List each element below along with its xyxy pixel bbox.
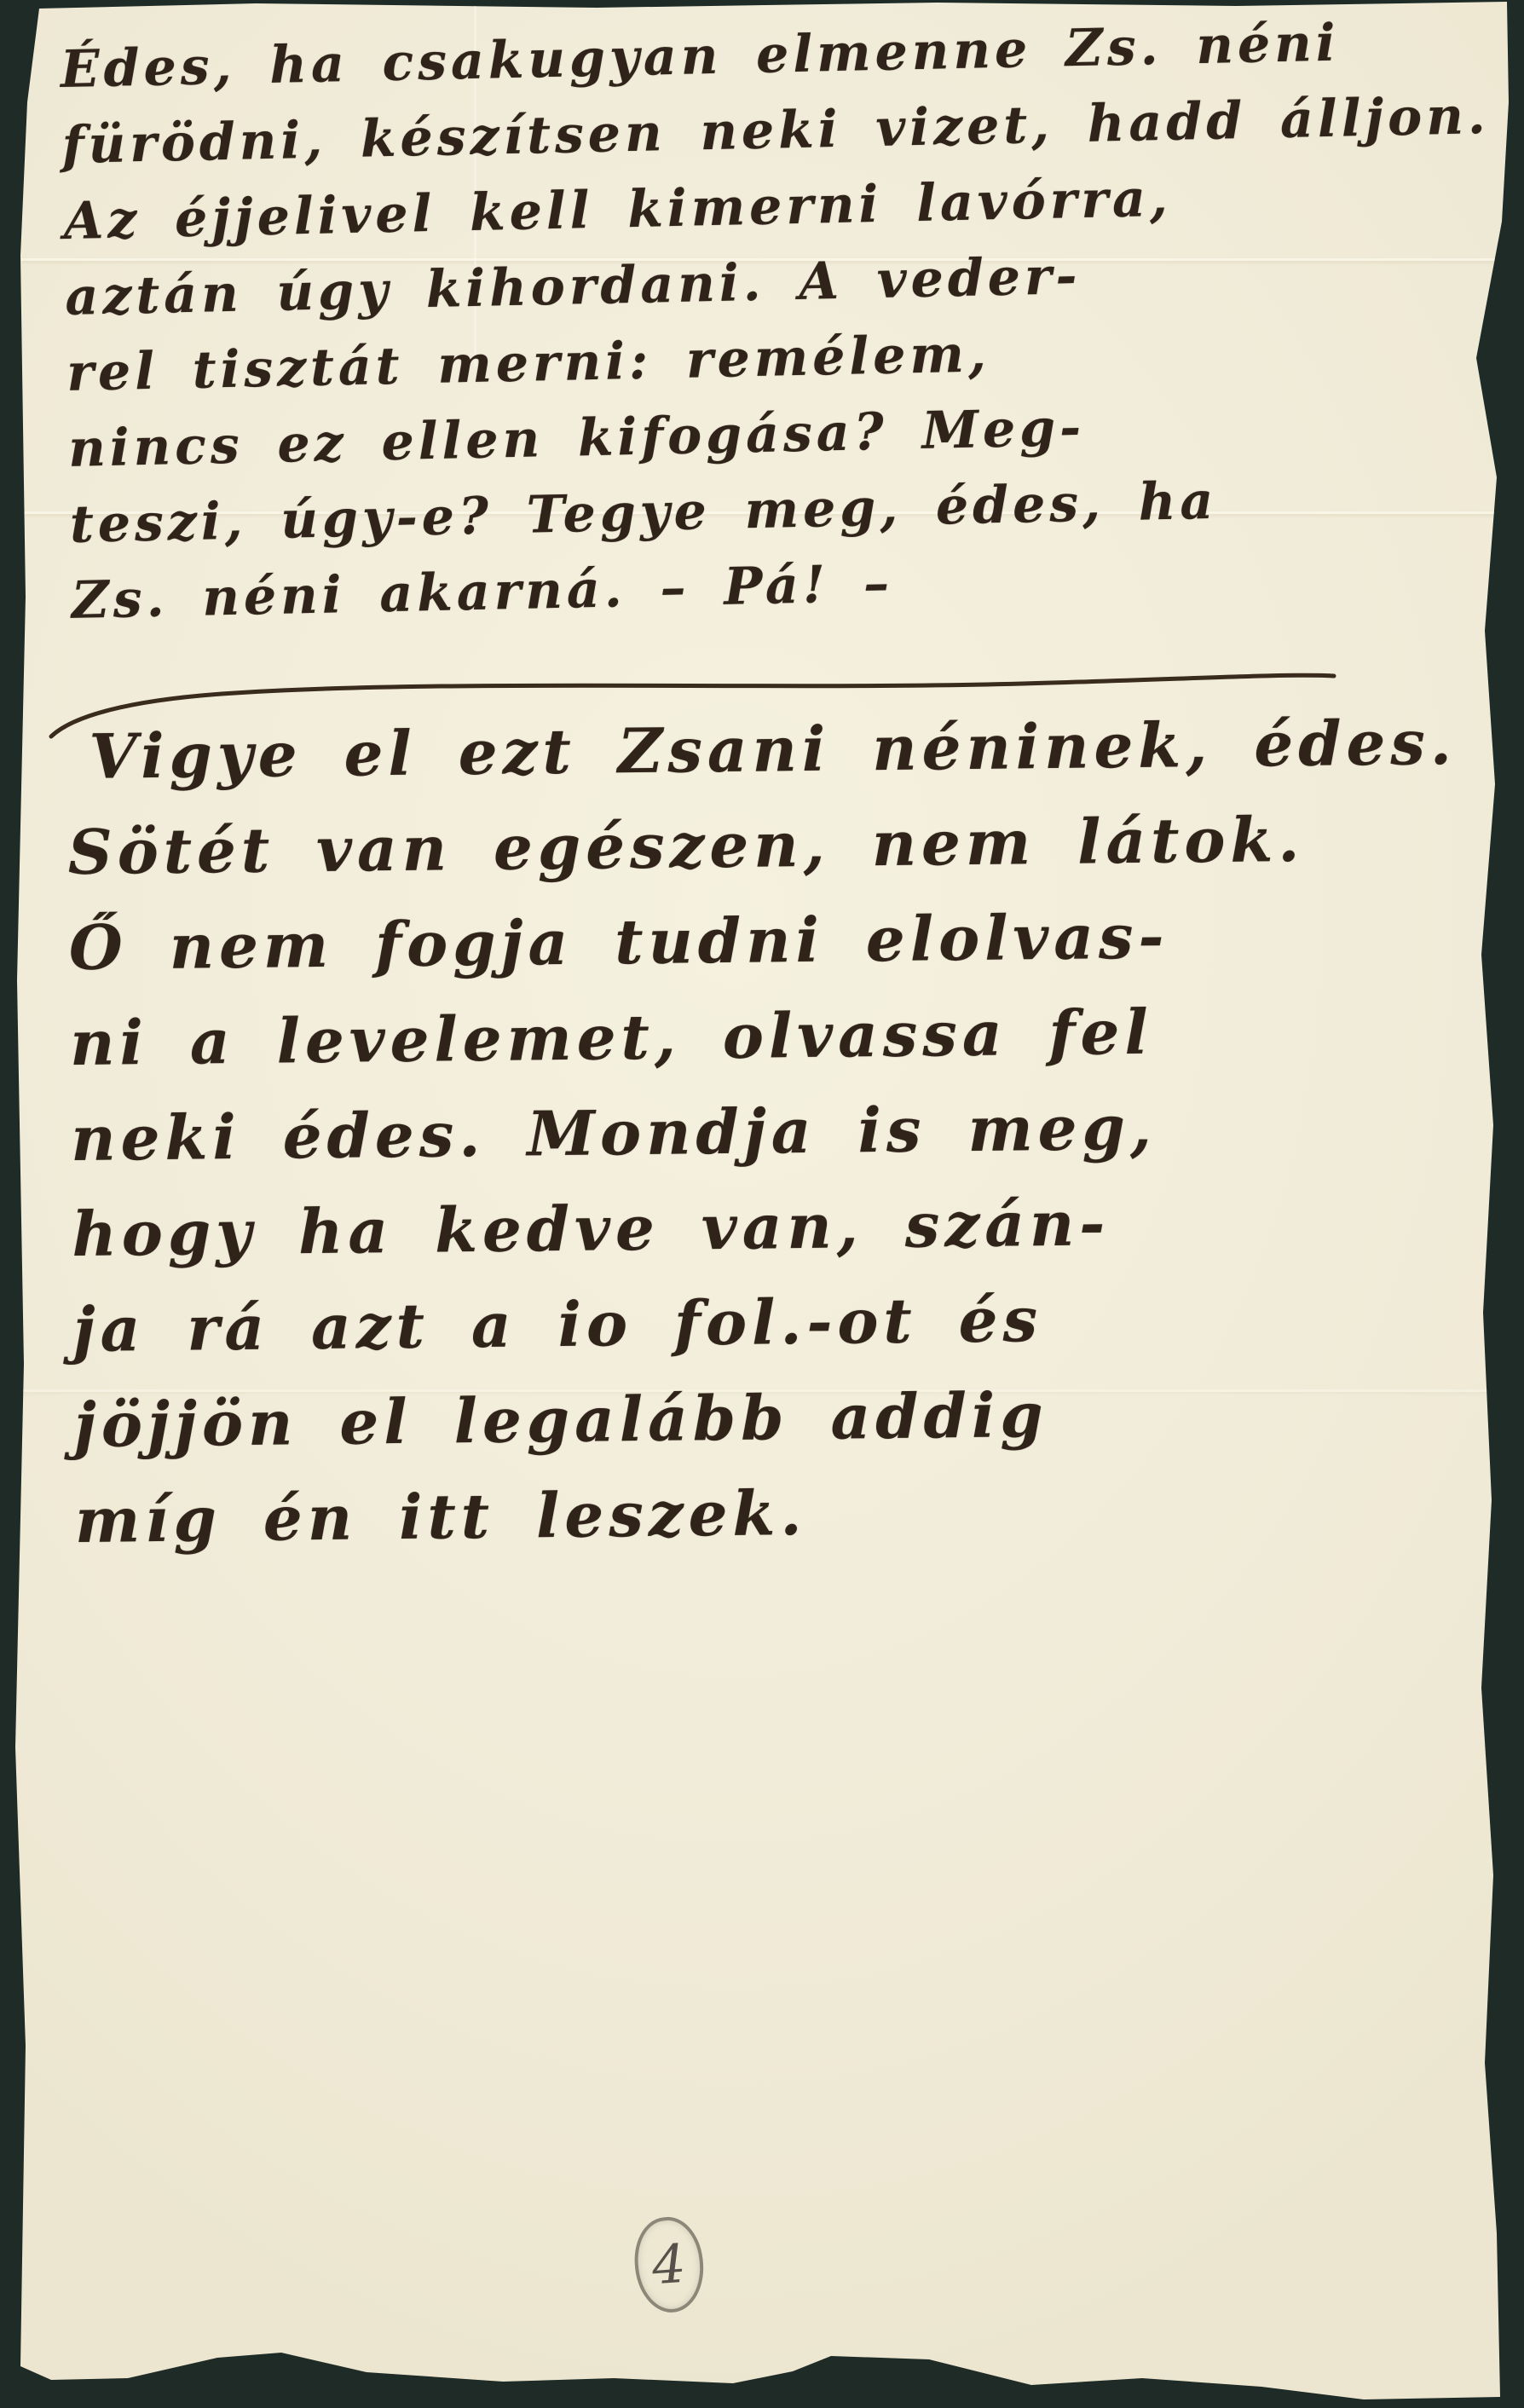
handwriting-line: jöjjön el legalább addig — [73, 1363, 1463, 1473]
page-number-badge: 4 — [629, 2214, 708, 2317]
handwriting-line: ja rá azt a io fol.-ot és — [72, 1268, 1463, 1377]
handwriting-line: neki édes. Mondja is meg, — [71, 1077, 1461, 1187]
scanned-letter-background: Édes, ha csakugyan elmenne Zs. néni fürö… — [0, 0, 1524, 2408]
handwriting-line: Vigye el ezt Zsani néninek, édes. — [89, 695, 1457, 805]
handwriting-line: míg én itt leszek. — [74, 1458, 1464, 1568]
paragraph-1: Édes, ha csakugyan elmenne Zs. néni fürö… — [60, 3, 1500, 639]
paragraph-2: Vigye el ezt Zsani néninek, édes. Sötét … — [66, 695, 1465, 1568]
handwriting-line: ni a levelemet, olvassa fel — [70, 981, 1460, 1091]
page-number: 4 — [650, 2238, 688, 2293]
letter-page: Édes, ha csakugyan elmenne Zs. néni fürö… — [0, 0, 1524, 2408]
handwriting-line: Ő nem fogja tudni elolvas- — [68, 886, 1458, 996]
handwriting-line: hogy ha kedve van, szán- — [72, 1172, 1462, 1282]
handwriting-line: Sötét van egészen, nem látok. — [67, 790, 1458, 900]
